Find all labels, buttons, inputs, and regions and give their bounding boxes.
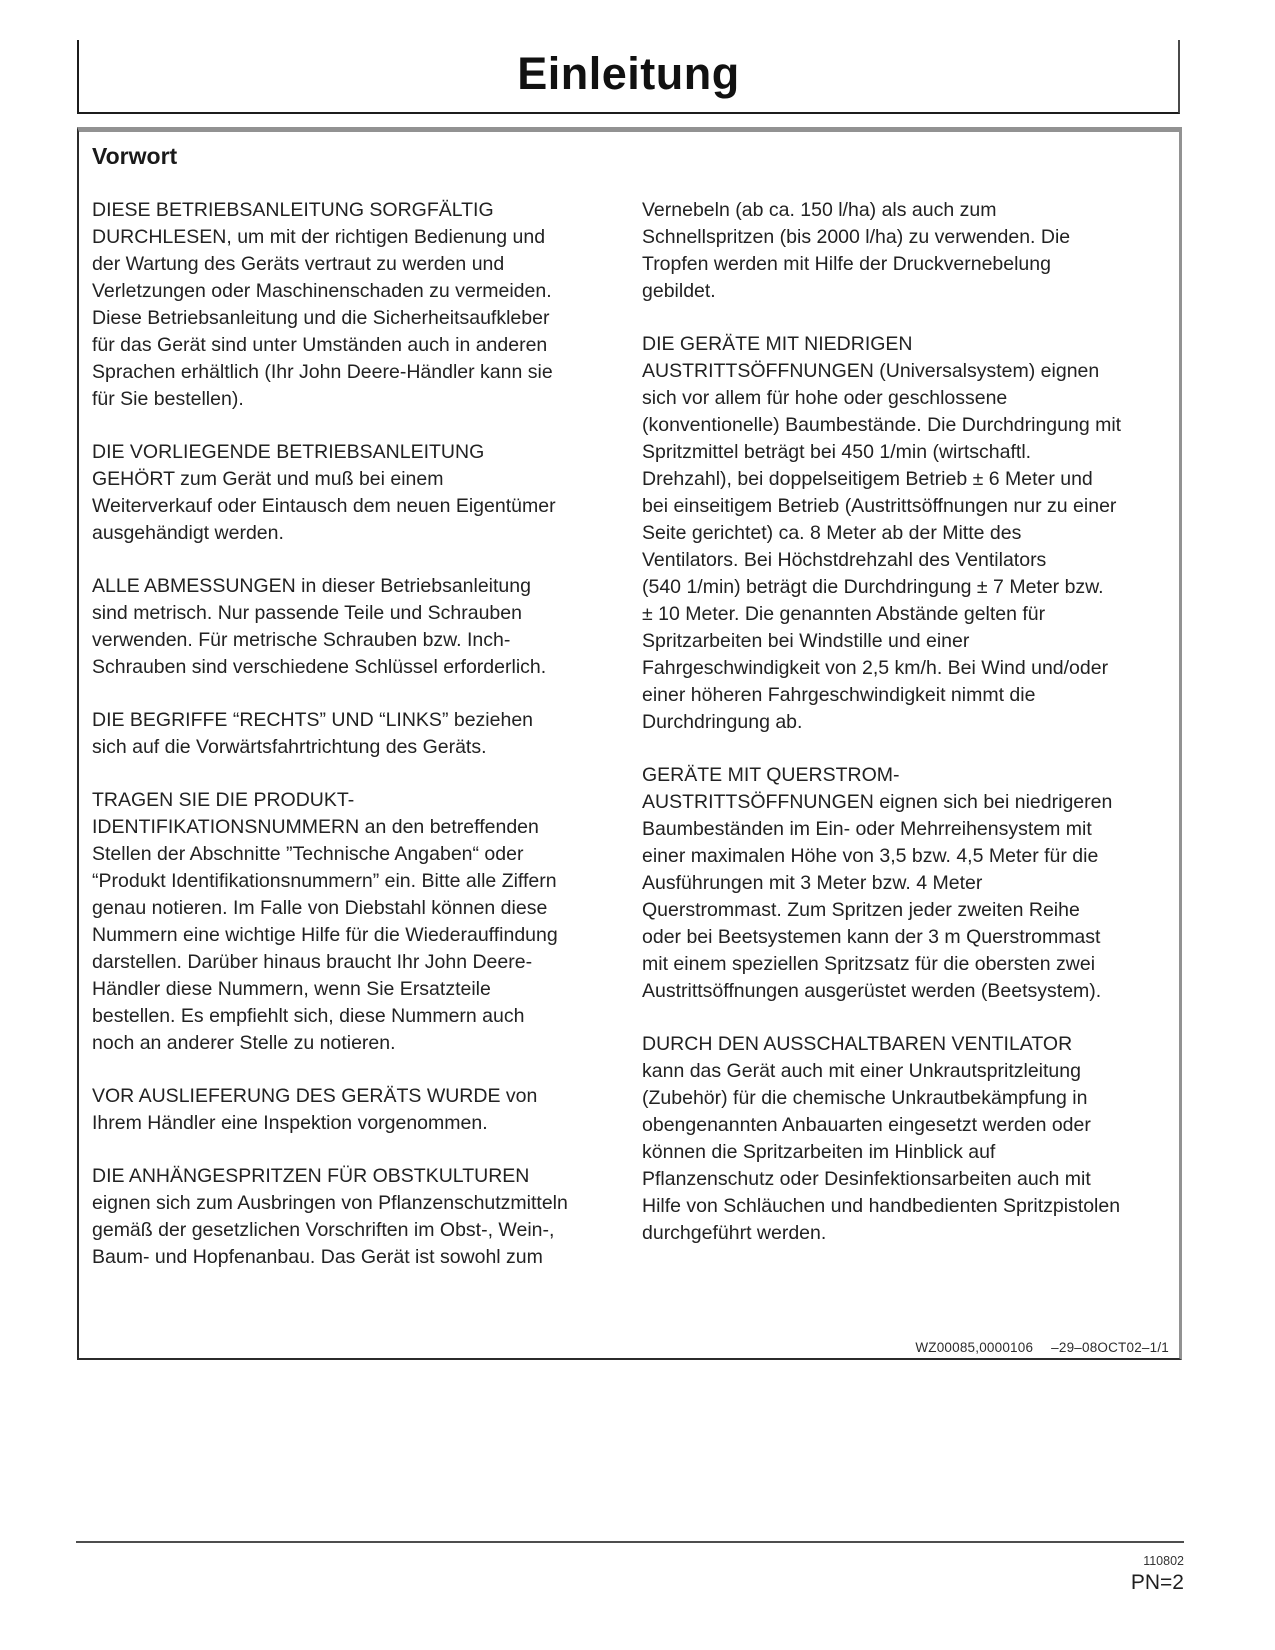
two-column-text: DIESE BETRIEBSANLEITUNG SORGFÄLTIG DURCH… xyxy=(92,197,1179,1297)
page-title: Einleitung xyxy=(517,48,740,104)
paragraph: DIE VORLIEGENDE BETRIEBSANLEITUNG GEHÖRT… xyxy=(92,439,592,547)
paragraph: VOR AUSLIEFERUNG DES GERÄTS WURDE von Ih… xyxy=(92,1083,592,1137)
paragraph: TRAGEN SIE DIE PRODUKT- IDENTIFIKATIONSN… xyxy=(92,787,592,1057)
document-code: WZ00085,0000106–29–08OCT02–1/1 xyxy=(915,1340,1169,1355)
right-column: Vernebeln (ab ca. 150 l/ha) als auch zum… xyxy=(642,197,1154,1297)
paragraph: DIE GERÄTE MIT NIEDRIGEN AUSTRITTSÖFFNUN… xyxy=(642,331,1154,736)
section-heading: Vorwort xyxy=(92,143,1179,170)
paragraph: DIE BEGRIFFE “RECHTS” UND “LINKS” bezieh… xyxy=(92,707,592,761)
paragraph: Vernebeln (ab ca. 150 l/ha) als auch zum… xyxy=(642,197,1154,305)
paragraph: DIESE BETRIEBSANLEITUNG SORGFÄLTIG DURCH… xyxy=(92,197,592,413)
print-code: 110802 xyxy=(76,1554,1184,1568)
page-header: Einleitung xyxy=(77,40,1180,114)
paragraph: GERÄTE MIT QUERSTROM- AUSTRITTSÖFFNUNGEN… xyxy=(642,762,1154,1005)
content-box: Vorwort DIESE BETRIEBSANLEITUNG SORGFÄLT… xyxy=(77,127,1182,1360)
document-revision: –29–08OCT02–1/1 xyxy=(1051,1340,1169,1355)
left-column: DIESE BETRIEBSANLEITUNG SORGFÄLTIG DURCH… xyxy=(92,197,592,1297)
paragraph: DIE ANHÄNGESPRITZEN FÜR OBSTKULTUREN eig… xyxy=(92,1163,592,1271)
page-footer: 110802 PN=2 xyxy=(76,1541,1184,1595)
page-number: PN=2 xyxy=(76,1571,1184,1595)
document-code-number: WZ00085,0000106 xyxy=(915,1340,1033,1355)
paragraph: ALLE ABMESSUNGEN in dieser Betriebsanlei… xyxy=(92,573,592,681)
manual-page: Einleitung Vorwort DIESE BETRIEBSANLEITU… xyxy=(0,0,1275,1650)
paragraph: DURCH DEN AUSSCHALTBAREN VENTILATOR kann… xyxy=(642,1031,1154,1247)
